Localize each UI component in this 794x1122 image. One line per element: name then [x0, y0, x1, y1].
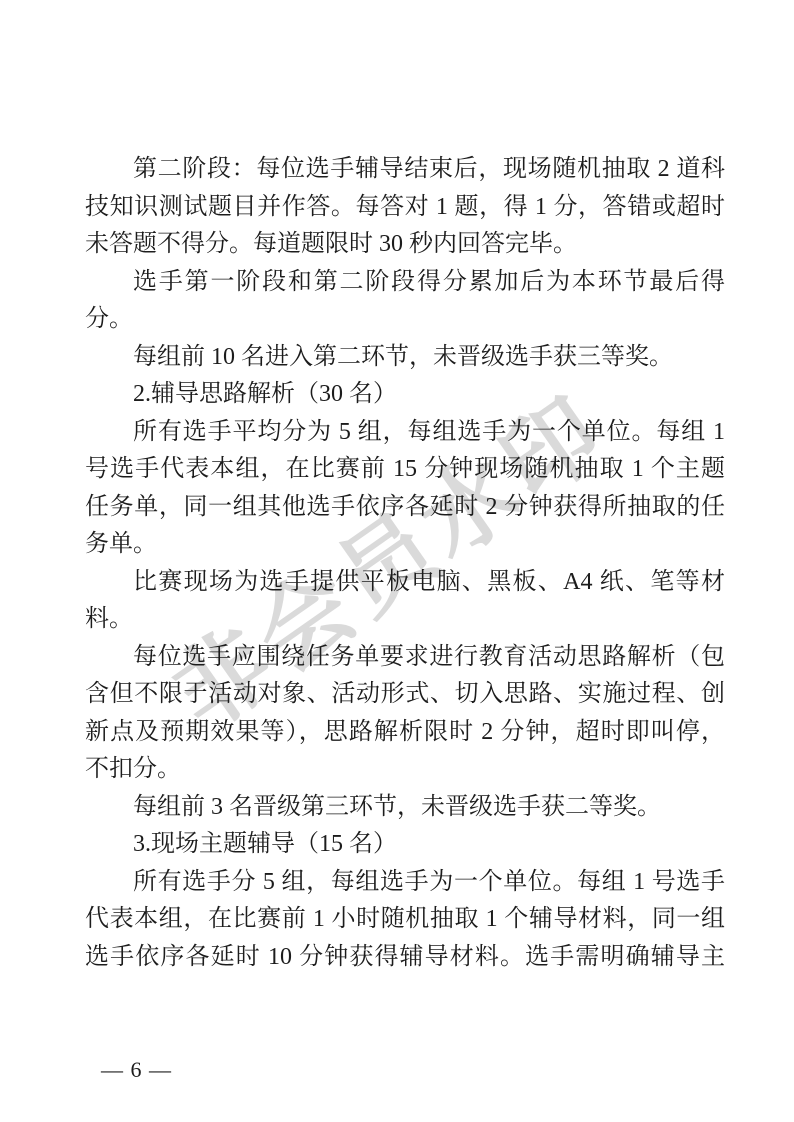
text-line: 选手第一阶段和第二阶段得分累加后为本环节最后得	[85, 264, 725, 302]
document-page: 非会员水印 第二阶段：每位选手辅导结束后，现场随机抽取 2 道科技知识测试题目并…	[0, 0, 794, 1122]
text-line: 未答题不得分。每道题限时 30 秒内回答完毕。	[85, 226, 725, 264]
text-line: 新点及预期效果等），思路解析限时 2 分钟，超时即叫停，	[85, 714, 725, 752]
text-line: 所有选手平均分为 5 组，每组选手为一个单位。每组 1	[85, 414, 725, 452]
text-line: 料。	[85, 601, 725, 639]
text-line: 分。	[85, 301, 725, 339]
page-number: — 6 —	[101, 1056, 172, 1084]
text-line: 3.现场主题辅导（15 名）	[85, 826, 725, 864]
text-line: 代表本组，在比赛前 1 小时随机抽取 1 个辅导材料，同一组	[85, 901, 725, 939]
text-line: 第二阶段：每位选手辅导结束后，现场随机抽取 2 道科	[85, 151, 725, 189]
text-line: 每组前 3 名晋级第三环节，未晋级选手获二等奖。	[85, 789, 725, 827]
document-body: 第二阶段：每位选手辅导结束后，现场随机抽取 2 道科技知识测试题目并作答。每答对…	[85, 151, 725, 976]
text-line: 号选手代表本组，在比赛前 15 分钟现场随机抽取 1 个主题	[85, 451, 725, 489]
text-line: 务单。	[85, 526, 725, 564]
text-line: 比赛现场为选手提供平板电脑、黑板、A4 纸、笔等材	[85, 564, 725, 602]
text-line: 含但不限于活动对象、活动形式、切入思路、实施过程、创	[85, 676, 725, 714]
text-line: 2.辅导思路解析（30 名）	[85, 376, 725, 414]
text-line: 技知识测试题目并作答。每答对 1 题，得 1 分，答错或超时	[85, 189, 725, 227]
text-line: 不扣分。	[85, 751, 725, 789]
text-line: 每位选手应围绕任务单要求进行教育活动思路解析（包	[85, 639, 725, 677]
text-line: 选手依序各延时 10 分钟获得辅导材料。选手需明确辅导主	[85, 939, 725, 977]
text-line: 任务单，同一组其他选手依序各延时 2 分钟获得所抽取的任	[85, 489, 725, 527]
text-line: 每组前 10 名进入第二环节，未晋级选手获三等奖。	[85, 339, 725, 377]
text-line: 所有选手分 5 组，每组选手为一个单位。每组 1 号选手	[85, 864, 725, 902]
